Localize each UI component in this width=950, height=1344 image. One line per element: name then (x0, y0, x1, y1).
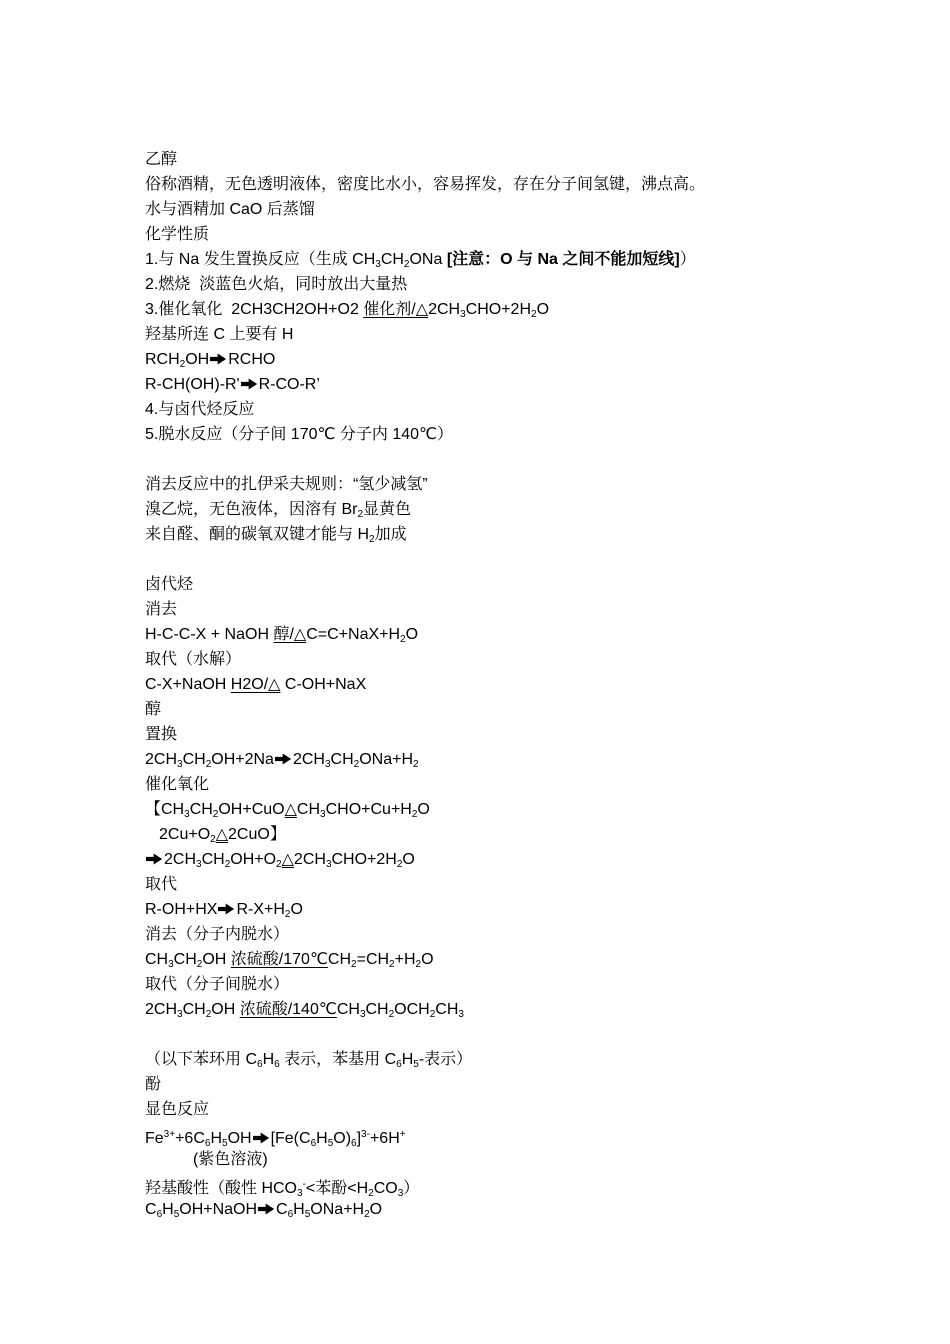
text-run: 表示，苯基用 C (280, 1051, 396, 1068)
text-run: H-C-C-X + NaOH (145, 626, 273, 643)
text-run: =CH (357, 951, 389, 968)
doc-line: （以下苯环用 C6H6 表示，苯基用 C6H5-表示） (145, 1047, 785, 1072)
text-run: CO (374, 1180, 398, 1197)
text-run: 取代（水解） (145, 651, 241, 668)
text-run: CHO+2H (332, 851, 397, 868)
text-run: 消去（分子内脱水） (145, 926, 289, 943)
text-run: H (210, 1130, 222, 1147)
text-run: C-OH+NaX (280, 676, 366, 693)
text-run: R-X+H (236, 901, 284, 918)
doc-line: 化学性质 (145, 222, 785, 247)
doc-line: 水与酒精加 CaO 后蒸馏 (145, 197, 785, 222)
text-run: 催化剂/△ (363, 301, 428, 318)
text-run: H (162, 1201, 174, 1218)
doc-line: C6H5OH+NaOHC6H5ONa+H2O (145, 1197, 785, 1222)
text-run: O (537, 301, 549, 318)
text-run: （以下苯环用 C (145, 1051, 257, 1068)
text-run: +6H (370, 1130, 400, 1147)
text-run: CH (366, 1001, 389, 1018)
text-run: 取代（分子间脱水） (145, 976, 289, 993)
text-run: (紫色溶液) (193, 1151, 268, 1168)
text-run: 5.脱水反应（分子间 170℃ 分子内 140℃） (145, 426, 453, 443)
text-run: 加成 (375, 526, 407, 543)
text-run: 溴乙烷，无色液体，因溶有 Br (145, 501, 357, 518)
document-page: 乙醇俗称酒精，无色透明液体，密度比水小，容易挥发，存在分子间氢键，沸点高。水与酒… (0, 0, 950, 1344)
text-run: [注意：O 与 Na 之间不能加短线] (447, 251, 680, 268)
doc-line: 俗称酒精，无色透明液体，密度比水小，容易挥发，存在分子间氢键，沸点高。 (145, 172, 785, 197)
text-run: 2 (413, 759, 419, 770)
text-run: 2CH (293, 751, 325, 768)
text-run: △ (285, 801, 297, 818)
text-run: △ (282, 851, 294, 868)
text-run: 2CuO】 (228, 826, 286, 843)
text-run: 浓硫酸/170℃ (231, 951, 328, 968)
text-run: 乙醇 (145, 151, 177, 168)
doc-line: H-C-C-X + NaOH 醇/△C=C+NaX+H2O (145, 622, 785, 647)
doc-line: 2CH3CH2OH 浓硫酸/140℃CH3CH2OCH2CH3 (145, 997, 785, 1022)
doc-line: 取代（分子间脱水） (145, 972, 785, 997)
text-run: CH (190, 801, 213, 818)
text-run: 2.燃烧 淡蓝色火焰，同时放出大量热 (145, 276, 407, 293)
arrow-icon (217, 897, 236, 922)
text-run: 2CH (145, 751, 177, 768)
doc-line (145, 447, 785, 472)
text-run: [Fe(C (271, 1130, 311, 1147)
text-run: OCH (394, 1001, 430, 1018)
doc-line: 4.与卤代烃反应 (145, 397, 785, 422)
text-run: H (263, 1051, 275, 1068)
text-run: △ (216, 826, 228, 843)
text-run: 来自醛、酮的碳氧双键才能与 H (145, 526, 369, 543)
doc-line: 醇 (145, 697, 785, 722)
text-run: 消去 (145, 601, 177, 618)
arrow-icon (240, 372, 259, 397)
text-run: CHO+2H (466, 301, 531, 318)
doc-line: 2CH3CH2OH+O2△2CH3CHO+2H2O (145, 847, 785, 872)
text-run: CH (297, 801, 320, 818)
text-run: 羟基酸性（酸性 HCO (145, 1180, 297, 1197)
arrow-icon (274, 747, 293, 772)
text-run: ONa+H (310, 1201, 364, 1218)
text-run: CHO+Cu+H (326, 801, 412, 818)
doc-line: 来自醛、酮的碳氧双键才能与 H2加成 (145, 522, 785, 547)
text-run: 显黄色 (363, 501, 411, 518)
doc-line: 置换 (145, 722, 785, 747)
text-run: H (316, 1130, 328, 1147)
doc-line: 2.燃烧 淡蓝色火焰，同时放出大量热 (145, 272, 785, 297)
text-run: +H (395, 951, 416, 968)
doc-line: 酚 (145, 1072, 785, 1097)
text-run: 取代 (145, 876, 177, 893)
text-run: H (293, 1201, 305, 1218)
arrow-icon (145, 847, 164, 872)
text-run: C (145, 1201, 157, 1218)
text-run: OH (211, 1001, 239, 1018)
text-run: 浓硫酸/140℃ (240, 1001, 337, 1018)
text-run: RCHO (228, 351, 275, 368)
doc-line: 消去反应中的扎伊采夫规则：“氢少减氢” (145, 472, 785, 497)
text-run: 醇/△ (273, 626, 306, 643)
text-run: RCH (145, 351, 180, 368)
text-run: OH+2Na (211, 751, 274, 768)
text-run: <苯酚<H (306, 1180, 368, 1197)
text-run: C=C+NaX+H (306, 626, 400, 643)
doc-line: RCH2OHRCHO (145, 347, 785, 372)
text-run: OH+O (230, 851, 276, 868)
text-run: CH (174, 951, 197, 968)
text-run: Fe (145, 1130, 164, 1147)
doc-line: C-X+NaOH H2O/△ C-OH+NaX (145, 672, 785, 697)
text-run: R-OH+HX (145, 901, 217, 918)
text-run: O (290, 901, 302, 918)
text-run: -表示） (419, 1051, 472, 1068)
doc-line: 取代（水解） (145, 647, 785, 672)
doc-line: (紫色溶液) (145, 1147, 785, 1172)
text-run: R-CH(OH)-R' (145, 376, 240, 393)
text-run: 卤代烃 (145, 576, 193, 593)
text-run: O (402, 851, 414, 868)
text-run: 酚 (145, 1076, 161, 1093)
text-run: 3+ (164, 1129, 175, 1140)
text-run: CH (331, 751, 354, 768)
doc-line: 取代 (145, 872, 785, 897)
text-run: CH (145, 951, 168, 968)
text-run: 显色反应 (145, 1101, 209, 1118)
doc-line (145, 547, 785, 572)
text-run: CH (337, 1001, 360, 1018)
text-run: CH (328, 951, 351, 968)
doc-line: Fe3++6C6H5OH[Fe(C6H5O)6]3-+6H+ (145, 1122, 785, 1147)
doc-line: 【CH3CH2OH+CuO△CH3CHO+Cu+H2O (145, 797, 785, 822)
text-run: 羟基所连 C 上要有 H (145, 326, 293, 343)
text-run: 消去反应中的扎伊采夫规则：“氢少减氢” (145, 476, 428, 493)
text-run: OH+NaOH (179, 1201, 257, 1218)
doc-line: R-CH(OH)-R'R-CO-R’ (145, 372, 785, 397)
text-run: 化学性质 (145, 226, 209, 243)
doc-line: 1.与 Na 发生置换反应（生成 CH3CH2ONa [注意：O 与 Na 之间… (145, 247, 785, 272)
text-run: R-CO-R’ (259, 376, 320, 393)
text-run: O) (333, 1130, 351, 1147)
text-run: 醇 (145, 701, 161, 718)
doc-line: 卤代烃 (145, 572, 785, 597)
doc-line: 羟基酸性（酸性 HCO3-<苯酚<H2CO3） (145, 1172, 785, 1197)
text-run: CH (435, 1001, 458, 1018)
text-run: 催化氧化 (145, 776, 209, 793)
text-run: C (276, 1201, 288, 1218)
document-body: 乙醇俗称酒精，无色透明液体，密度比水小，容易挥发，存在分子间氢键，沸点高。水与酒… (145, 147, 785, 1222)
arrow-icon (257, 1197, 276, 1222)
text-run: OH (185, 351, 209, 368)
arrow-icon (209, 347, 228, 372)
text-run: CH (381, 251, 404, 268)
doc-line (145, 1022, 785, 1047)
text-run: ） (680, 251, 696, 268)
text-run: O (417, 801, 429, 818)
doc-line: 催化氧化 (145, 772, 785, 797)
text-run: CH (183, 751, 206, 768)
text-run: 3.催化氧化 2CH3CH2OH+O2 (145, 301, 363, 318)
text-run: 2CH (294, 851, 326, 868)
text-run: 2CH (145, 1001, 177, 1018)
text-run: 【CH (145, 801, 184, 818)
text-run: C-X+NaOH (145, 676, 231, 693)
text-run: OH (202, 951, 230, 968)
text-run: 3 (458, 1009, 464, 1020)
doc-line: 消去 (145, 597, 785, 622)
text-run: +6C (175, 1130, 205, 1147)
text-run: CH (183, 1001, 206, 1018)
text-run: 2CH (164, 851, 196, 868)
text-run: OH+CuO (218, 801, 284, 818)
text-run: 置换 (145, 726, 177, 743)
text-run: 4.与卤代烃反应 (145, 401, 254, 418)
doc-line: 乙醇 (145, 147, 785, 172)
doc-line: 溴乙烷，无色液体，因溶有 Br2显黄色 (145, 497, 785, 522)
text-run: H (402, 1051, 414, 1068)
text-run: + (400, 1129, 406, 1140)
doc-line: 消去（分子内脱水） (145, 922, 785, 947)
doc-line: R-OH+HXR-X+H2O (145, 897, 785, 922)
text-run: H2O/△ (231, 676, 281, 693)
text-run: 2Cu+O (159, 826, 210, 843)
text-run: ONa+H (359, 751, 413, 768)
text-run: ONa (409, 251, 446, 268)
text-run: O (406, 626, 418, 643)
text-run: 1.与 Na 发生置换反应（生成 CH (145, 251, 375, 268)
text-run: 俗称酒精，无色透明液体，密度比水小，容易挥发，存在分子间氢键，沸点高。 (145, 176, 705, 193)
text-run: 3- (361, 1129, 370, 1140)
text-run: OH (228, 1130, 252, 1147)
doc-line: 2CH3CH2OH+2Na2CH3CH2ONa+H2 (145, 747, 785, 772)
text-run: 2CH (428, 301, 460, 318)
doc-line: 3.催化氧化 2CH3CH2OH+O2 催化剂/△2CH3CHO+2H2O (145, 297, 785, 322)
text-run: O (370, 1201, 382, 1218)
text-run: ） (403, 1180, 419, 1197)
text-run: 水与酒精加 CaO 后蒸馏 (145, 201, 315, 218)
text-run: O (421, 951, 433, 968)
doc-line: 5.脱水反应（分子间 170℃ 分子内 140℃） (145, 422, 785, 447)
doc-line: 显色反应 (145, 1097, 785, 1122)
doc-line: CH3CH2OH 浓硫酸/170℃CH2=CH2+H2O (145, 947, 785, 972)
doc-line: 羟基所连 C 上要有 H (145, 322, 785, 347)
text-run: CH (202, 851, 225, 868)
doc-line: 2Cu+O2△2CuO】 (145, 822, 785, 847)
